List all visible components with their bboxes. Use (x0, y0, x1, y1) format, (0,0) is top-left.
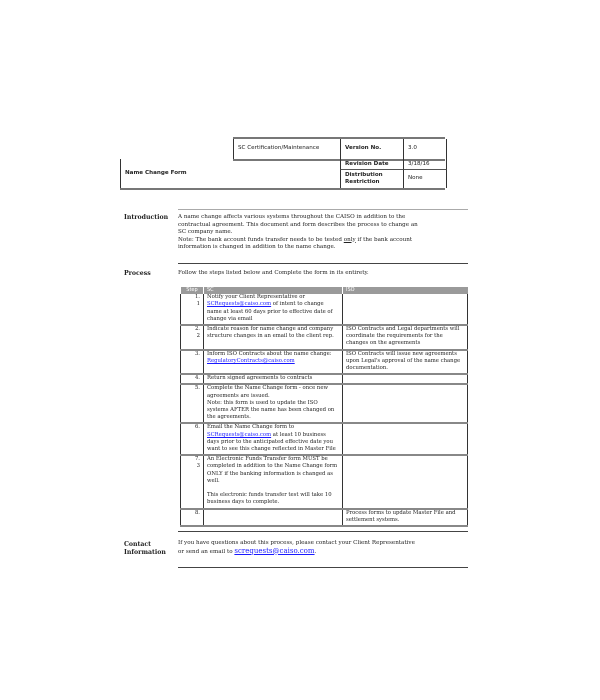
distribution-label-line1: Distribution (345, 172, 383, 178)
sc-action-cell: Complete the Name Change form - once new… (204, 384, 343, 423)
table-row: 1. 1Notify your Client Representative or… (181, 294, 468, 325)
sc-action-text: Indicate reason for name change and comp… (207, 326, 334, 339)
form-title: Name Change Form (125, 170, 187, 176)
sc-action-cell (204, 509, 343, 526)
revision-label-cell: Revision Date (340, 159, 404, 170)
sc-action-cell: An Electronic Funds Transfer form MUST b… (204, 455, 343, 508)
contact-line-2: or send an email to screquests@caiso.com… (178, 548, 468, 557)
sc-action-cell: Return signed agreements to contracts (204, 374, 343, 384)
iso-action-cell: ISO Contracts and Legal departments will… (343, 325, 468, 350)
header-row-bottom: Name Change Form Revision Date 3/18/16 D… (120, 159, 445, 190)
header-category: SC Certification/Maintenance (238, 145, 319, 151)
intro-bottom-rule (178, 263, 468, 264)
header-category-cell: SC Certification/Maintenance (233, 139, 340, 159)
sc-action-text: Complete the Name Change form - once new… (207, 385, 334, 420)
contact-line-2-text: or send an email to (178, 549, 234, 555)
step-number: 2. 2 (181, 325, 204, 350)
steps-table-body: 1. 1Notify your Client Representative or… (181, 294, 468, 526)
process-label: Process (124, 270, 151, 278)
intro-note: Note: The bank account funds transfer ne… (178, 237, 468, 245)
contact-label-line1: Contact (124, 541, 166, 549)
contact-email-link[interactable]: screquests@caiso.com (234, 547, 314, 555)
step-number: 1. 1 (181, 294, 204, 325)
contact-bottom-rule (178, 567, 468, 568)
column-header-step: Step (181, 287, 204, 294)
intro-note-start: Note: The bank account funds transfer ne… (178, 237, 344, 243)
table-row: 7. 3An Electronic Funds Transfer form MU… (181, 455, 468, 508)
iso-action-cell (343, 294, 468, 325)
contact-label: Contact Information (124, 541, 166, 557)
step-number: 7. 3 (181, 455, 204, 508)
revision-value-cell: 3/18/16 (403, 159, 447, 170)
distribution-label-line2: Restriction (345, 179, 380, 185)
sc-email-link[interactable]: SCRequests@caiso.com (207, 432, 271, 438)
version-label-cell: Version No. (340, 139, 404, 159)
distribution-label-cell: DistributionRestriction (340, 170, 404, 188)
contact-top-rule (178, 531, 468, 532)
distribution-value: None (408, 175, 423, 182)
contact-line-2-end: . (315, 549, 317, 555)
column-header-sc: SC (204, 287, 343, 294)
iso-action-cell: Process forms to update Master File and … (343, 509, 468, 526)
sc-action-text: An Electronic Funds Transfer form MUST b… (207, 456, 337, 505)
sc-action-cell: Notify your Client Representative orSCRe… (204, 294, 343, 325)
sc-email-link[interactable]: RegulatoryContracts@caiso.com (207, 358, 295, 364)
table-row: 6.Email the Name Change form toSCRequest… (181, 423, 468, 455)
version-value-cell: 3.0 (403, 139, 447, 159)
step-number: 5. (181, 384, 204, 423)
iso-action-cell (343, 384, 468, 423)
column-header-iso: ISO (343, 287, 468, 294)
sc-action-cell: Indicate reason for name change and comp… (204, 325, 343, 350)
steps-table-header: Step SC ISO (181, 287, 468, 294)
contact-label-line2: Information (124, 549, 166, 557)
iso-action-cell (343, 423, 468, 455)
header-row-top: SC Certification/Maintenance Version No.… (233, 137, 445, 161)
step-number: 6. (181, 423, 204, 455)
distribution-label: DistributionRestriction (345, 172, 383, 186)
iso-action-cell (343, 374, 468, 384)
intro-note-line-2: information is changed in addition to th… (178, 244, 468, 252)
version-label: Version No. (345, 145, 381, 151)
intro-line-3: SC company name. (178, 229, 468, 237)
table-row: 4.Return signed agreements to contracts (181, 374, 468, 384)
sc-email-link[interactable]: SCRequests@caiso.com (207, 301, 271, 307)
distribution-value-cell: None (403, 170, 447, 188)
process-steps-table: Step SC ISO 1. 1Notify your Client Repre… (180, 287, 468, 527)
sc-action-text: Inform ISO Contracts about the name chan… (207, 351, 332, 357)
introduction-label: Introduction (124, 214, 168, 222)
table-row: 5.Complete the Name Change form - once n… (181, 384, 468, 423)
process-intro: Follow the steps listed below and Comple… (178, 270, 468, 278)
sc-action-cell: Email the Name Change form toSCRequests@… (204, 423, 343, 455)
intro-top-rule (178, 209, 468, 210)
document-page: SC Certification/Maintenance Version No.… (0, 0, 600, 700)
contact-text: If you have questions about this process… (178, 540, 468, 556)
sc-action-text: Notify your Client Representative or (207, 294, 305, 300)
contact-line-1: If you have questions about this process… (178, 540, 468, 548)
iso-action-cell: ISO Contracts will issue new agreements … (343, 350, 468, 375)
sc-action-text: Email the Name Change form to (207, 424, 294, 430)
sc-action-cell: Inform ISO Contracts about the name chan… (204, 350, 343, 375)
step-number: 4. (181, 374, 204, 384)
revision-label: Revision Date (345, 161, 389, 168)
step-number: 3. (181, 350, 204, 375)
table-row: 3.Inform ISO Contracts about the name ch… (181, 350, 468, 375)
revision-value: 3/18/16 (408, 161, 430, 168)
intro-line-2: contractual agreement. This document and… (178, 222, 468, 230)
table-row: 8.Process forms to update Master File an… (181, 509, 468, 526)
table-row: 2. 2Indicate reason for name change and … (181, 325, 468, 350)
intro-line-1: A name change affects various systems th… (178, 214, 468, 222)
step-number: 8. (181, 509, 204, 526)
sc-action-text: Return signed agreements to contracts (207, 375, 312, 381)
intro-note-emphasis: only (344, 237, 356, 243)
introduction-text: A name change affects various systems th… (178, 214, 468, 252)
version-value: 3.0 (408, 145, 417, 151)
intro-note-end: if the bank account (356, 237, 412, 243)
form-title-cell: Name Change Form (120, 159, 340, 188)
iso-action-cell (343, 455, 468, 508)
